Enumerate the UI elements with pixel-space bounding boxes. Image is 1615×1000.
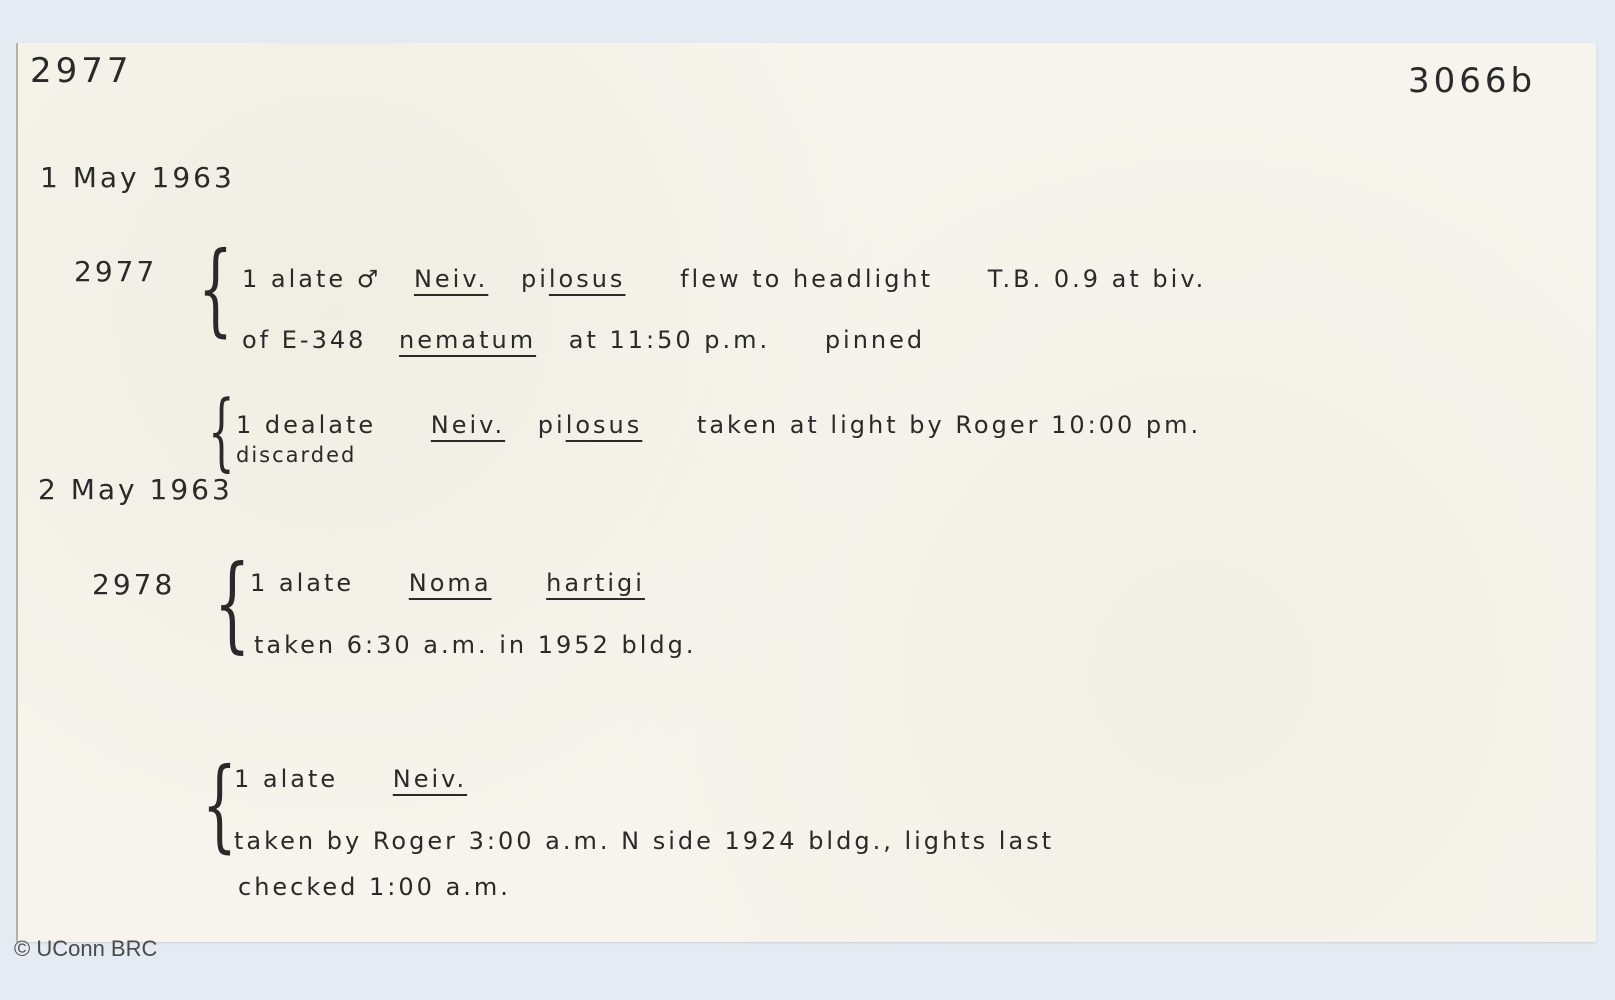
male-symbol-icon: ♂: [357, 265, 382, 293]
brace-icon: {: [202, 755, 237, 855]
record-line-2: taken by Roger 3:00 a.m. N side 1924 bld…: [234, 827, 1054, 855]
count: 1 dealate: [236, 411, 376, 439]
observation: taken at light by Roger 10:00 pm.: [697, 411, 1201, 439]
species-underlined: losus: [549, 265, 626, 293]
species-prefix: pi: [538, 411, 566, 439]
host-species: nematum: [399, 326, 536, 354]
entry-date: 1 May 1963: [40, 161, 235, 194]
species: hartigi: [546, 569, 645, 597]
record-line-1: 1 alate Neiv.: [234, 765, 467, 793]
copyright-notice: © UConn BRC: [14, 936, 157, 962]
time-note: at 11:50 p.m.: [569, 326, 770, 354]
card-number-left: 2977: [30, 51, 133, 91]
record-line-1: 1 dealate Neiv. pilosus taken at light b…: [236, 411, 1201, 439]
species-underlined: losus: [566, 411, 643, 439]
record-line-3: checked 1:00 a.m.: [238, 873, 511, 901]
entry-date: 2 May 1963: [38, 473, 233, 506]
count: 1 alate: [242, 265, 346, 293]
genus: Neiv.: [393, 765, 467, 793]
count: 1 alate: [250, 569, 354, 597]
location-note: T.B. 0.9 at biv.: [988, 265, 1207, 293]
record-line-2: of E-348 nematum at 11:50 p.m. pinned: [242, 326, 925, 354]
genus: Neiv.: [414, 265, 488, 293]
record-line-1: 1 alate ♂ Neiv. pilosus flew to headligh…: [242, 265, 1206, 293]
observation: flew to headlight: [680, 265, 933, 293]
disposition: pinned: [825, 326, 925, 354]
record-line-2: taken 6:30 a.m. in 1952 bldg.: [254, 631, 696, 659]
record-number: 2978: [92, 568, 175, 601]
count: 1 alate: [234, 765, 338, 793]
brace-icon: {: [208, 389, 235, 473]
record-line-2: discarded: [236, 443, 356, 467]
brace-icon: {: [214, 551, 250, 655]
colony-ref: of E-348: [242, 326, 366, 354]
record-number: 2977: [74, 255, 157, 288]
genus: Neiv.: [431, 411, 505, 439]
record-line-1: 1 alate Noma hartigi: [250, 569, 645, 597]
genus: Noma: [409, 569, 492, 597]
specimen-card: 2977 3066b 1 May 1963 2977 { 1 alate ♂ N…: [18, 43, 1596, 942]
species-prefix: pi: [521, 265, 549, 293]
brace-icon: {: [198, 239, 233, 339]
card-number-right: 3066b: [1408, 61, 1536, 101]
